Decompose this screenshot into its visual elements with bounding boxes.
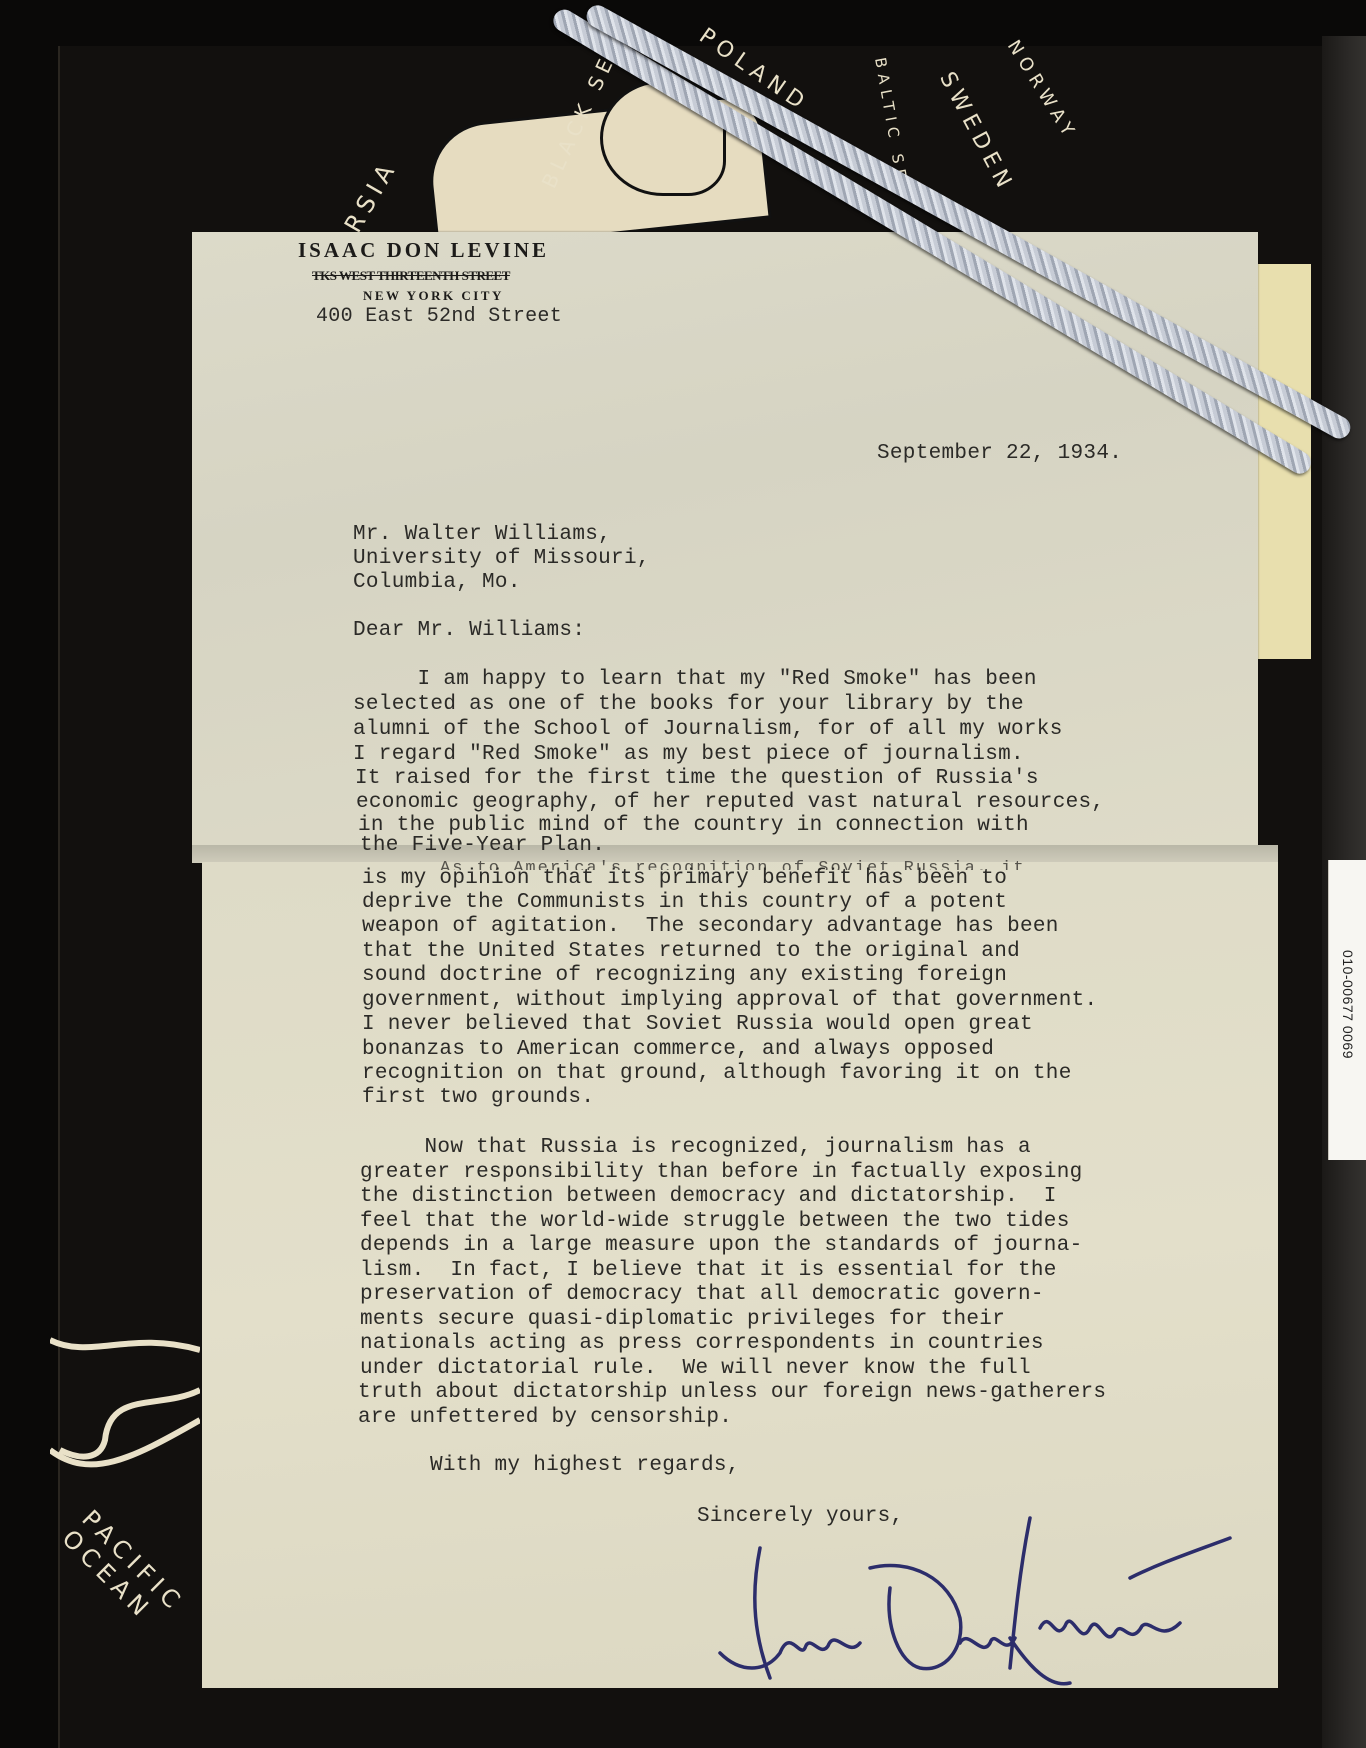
recipient-line: Mr. Walter Williams, (353, 523, 611, 548)
body-line: I never believed that Soviet Russia woul… (362, 1013, 1033, 1038)
letterhead-typed-address: 400 East 52nd Street (316, 305, 562, 330)
body-line: Now that Russia is recognized, journalis… (360, 1136, 1031, 1161)
body-line: lism. In fact, I believe that it is esse… (360, 1259, 1057, 1284)
letterhead-name: ISAAC DON LEVINE (298, 238, 549, 263)
recipient-line: Columbia, Mo. (353, 571, 521, 596)
closing-regards: With my highest regards, (430, 1454, 740, 1479)
body-line: preservation of democracy that all democ… (360, 1283, 1044, 1308)
recipient-line: University of Missouri, (353, 547, 650, 572)
body-line: sound doctrine of recognizing any existi… (362, 964, 1007, 989)
body-line: deprive the Communists in this country o… (362, 891, 1007, 916)
archival-id: 010-00677 0069 (1340, 950, 1356, 1059)
handwritten-signature (710, 1508, 1250, 1703)
body-line: selected as one of the books for your li… (353, 693, 1024, 718)
letter-date: September 22, 1934. (877, 442, 1122, 467)
body-line: the distinction between democracy and di… (360, 1185, 1057, 1210)
body-line: feel that the world-wide struggle betwee… (360, 1210, 1070, 1235)
body-line: truth about dictatorship unless our fore… (358, 1381, 1106, 1406)
body-line: recognition on that ground, although fav… (362, 1062, 1072, 1087)
body-line: government, without implying approval of… (362, 989, 1097, 1014)
body-line: depends in a large measure upon the stan… (360, 1234, 1083, 1259)
letterhead-struck-address: TKS WEST THIRTEENTH STREET (312, 268, 586, 282)
body-line: the Five-Year Plan. (360, 834, 605, 859)
body-line: I am happy to learn that my "Red Smoke" … (353, 668, 1037, 693)
body-line: economic geography, of her reputed vast … (356, 791, 1104, 816)
body-line: I regard "Red Smoke" as my best piece of… (353, 743, 1024, 768)
map-coastline (50, 1300, 200, 1480)
body-line: nationals acting as press correspondents… (360, 1332, 1044, 1357)
body-line: alumni of the School of Journalism, for … (353, 718, 1063, 743)
body-line: greater responsibility than before in fa… (360, 1161, 1083, 1186)
salutation: Dear Mr. Williams: (353, 619, 585, 644)
body-line: bonanzas to American commerce, and alway… (362, 1038, 994, 1063)
body-line: are unfettered by censorship. (358, 1406, 732, 1431)
body-line: is my opinion that its primary benefit h… (362, 867, 1007, 892)
body-line: under dictatorial rule. We will never kn… (360, 1357, 1031, 1382)
body-line: weapon of agitation. The secondary advan… (362, 915, 1059, 940)
body-line: that the United States returned to the o… (362, 940, 1020, 965)
letterhead-city: NEW YORK CITY (363, 288, 504, 304)
body-line: ments secure quasi-diplomatic privileges… (360, 1308, 1005, 1333)
body-line: It raised for the first time the questio… (355, 767, 1039, 792)
body-line: first two grounds. (362, 1086, 594, 1111)
